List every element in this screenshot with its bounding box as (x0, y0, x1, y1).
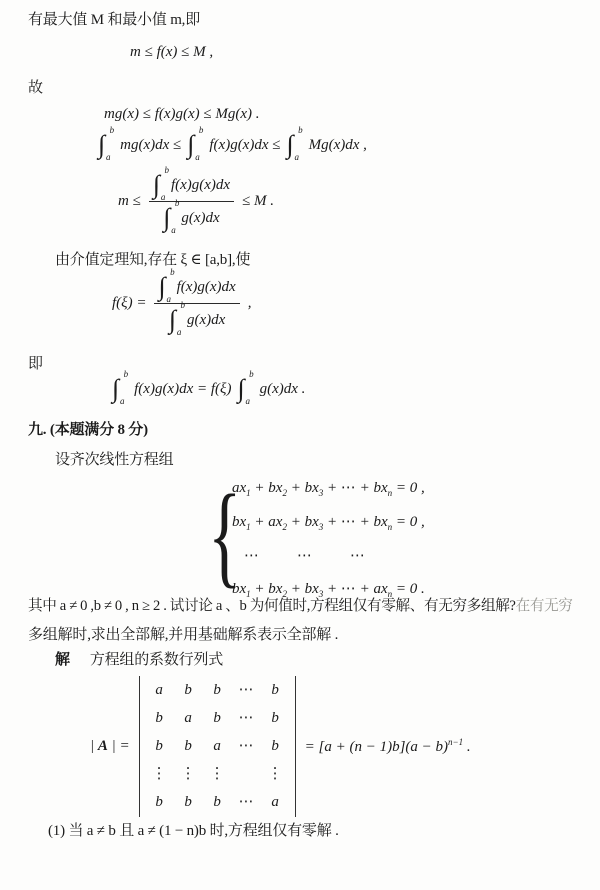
integral-icon: ∫ba (158, 272, 174, 302)
determinant-equation: | A | = abb⋯b bab⋯b bba⋯b ⋮⋮⋮⋮ bbb⋯a = [… (90, 678, 471, 814)
determinant-result: = [a + (n − 1)b](a − b)n−1 . (305, 737, 471, 756)
denominator-text: g(x)dx (181, 210, 219, 227)
integral-icon: ∫ba (187, 130, 203, 160)
formula-segment: Mg(x)dx , (309, 137, 367, 154)
solution-line: 解方程组的系数行列式 (55, 650, 223, 670)
problem-nine-heading: 九. (本题满分 8 分) (28, 420, 148, 440)
formula-segment: f(ξ) = (112, 295, 146, 312)
integral-icon: ∫ba (112, 374, 128, 404)
equation-ellipsis-row: ⋯⋯⋯ (232, 546, 425, 565)
equation-system: { ax1 + bx2 + bx3 + ⋯ + bxn = 0 , bx1 + … (212, 478, 425, 599)
equation-row: bx1 + ax2 + bx3 + ⋯ + bxn = 0 , (232, 512, 425, 532)
formula-segment: f(x)g(x)dx ≤ (209, 137, 280, 154)
formula-segment: mg(x)dx ≤ (120, 137, 181, 154)
matrix-A-symbol: A (98, 738, 108, 754)
formula-conclusion: ∫ba f(x)g(x)dx = f(ξ) ∫ba g(x)dx . (112, 374, 305, 404)
determinant-matrix: abb⋯b bab⋯b bba⋯b ⋮⋮⋮⋮ bbb⋯a (139, 676, 296, 817)
numerator-text: f(x)g(x)dx (171, 177, 230, 194)
fraction: ∫ba f(x)g(x)dx ∫ba g(x)dx (154, 272, 239, 335)
paragraph-discussion-text: 其中 a ≠ 0 ,b ≠ 0 , n ≥ 2 . 试讨论 a 、b 为何值时,… (28, 598, 516, 614)
formula-segment: , (248, 295, 252, 312)
solution-text: 方程组的系数行列式 (90, 652, 223, 668)
formula-mgx-inequality: mg(x) ≤ f(x)g(x) ≤ Mg(x) . (104, 106, 260, 123)
brace-icon: { (208, 470, 241, 601)
formula-f-xi: f(ξ) = ∫ba f(x)g(x)dx ∫ba g(x)dx , (112, 272, 251, 335)
formula-segment: g(x)dx . (260, 381, 306, 398)
paragraph-mean-value-theorem: 由介值定理知,存在 ξ ∈ [a,b],使 (55, 250, 250, 270)
fraction: ∫ba f(x)g(x)dx ∫ba g(x)dx (149, 170, 234, 233)
paragraph-gu: 故 (28, 78, 43, 98)
integral-icon: ∫ba (153, 170, 169, 200)
numerator-text: f(x)g(x)dx (177, 279, 236, 296)
integral-icon: ∫ba (286, 130, 302, 160)
equation-row: ax1 + bx2 + bx3 + ⋯ + bxn = 0 , (232, 478, 425, 498)
denominator-text: g(x)dx (187, 312, 225, 329)
paragraph-discussion: 其中 a ≠ 0 ,b ≠ 0 , n ≥ 2 . 试讨论 a 、b 为何值时,… (28, 596, 573, 616)
paragraph-system-intro: 设齐次线性方程组 (55, 450, 173, 470)
exponent: n−1 (448, 737, 463, 747)
formula-segment: f(x)g(x)dx = f(ξ) (134, 381, 231, 398)
formula-segment: ≤ M . (242, 193, 274, 210)
integral-icon: ∫ba (169, 305, 185, 335)
case-one-line: (1) 当 a ≠ b 且 a ≠ (1 − n)b 时,方程组仅有零解 . (48, 821, 339, 841)
formula-m-fx-M: m ≤ f(x) ≤ M , (130, 44, 213, 61)
integral-icon: ∫ba (237, 374, 253, 404)
paragraph-discussion-2: 多组解时,求出全部解,并用基础解系表示全部解 . (28, 625, 338, 645)
formula-integral-inequality: ∫ba mg(x)dx ≤ ∫ba f(x)g(x)dx ≤ ∫ba Mg(x)… (98, 130, 367, 160)
paragraph-ji: 即 (28, 354, 43, 374)
document-page: 有最大值 M 和最小值 m,即 m ≤ f(x) ≤ M , 故 mg(x) ≤… (0, 0, 600, 890)
paragraph-max-min: 有最大值 M 和最小值 m,即 (28, 10, 200, 30)
determinant-lhs: | A | = (90, 738, 130, 755)
integral-icon: ∫ba (163, 203, 179, 233)
formula-mean-bound: m ≤ ∫ba f(x)g(x)dx ∫ba g(x)dx ≤ M . (118, 170, 274, 233)
integral-icon: ∫ba (98, 130, 114, 160)
solution-label: 解 (55, 652, 70, 668)
paragraph-discussion-faded: 在有无穷 (516, 598, 573, 614)
formula-segment: m ≤ (118, 193, 141, 210)
